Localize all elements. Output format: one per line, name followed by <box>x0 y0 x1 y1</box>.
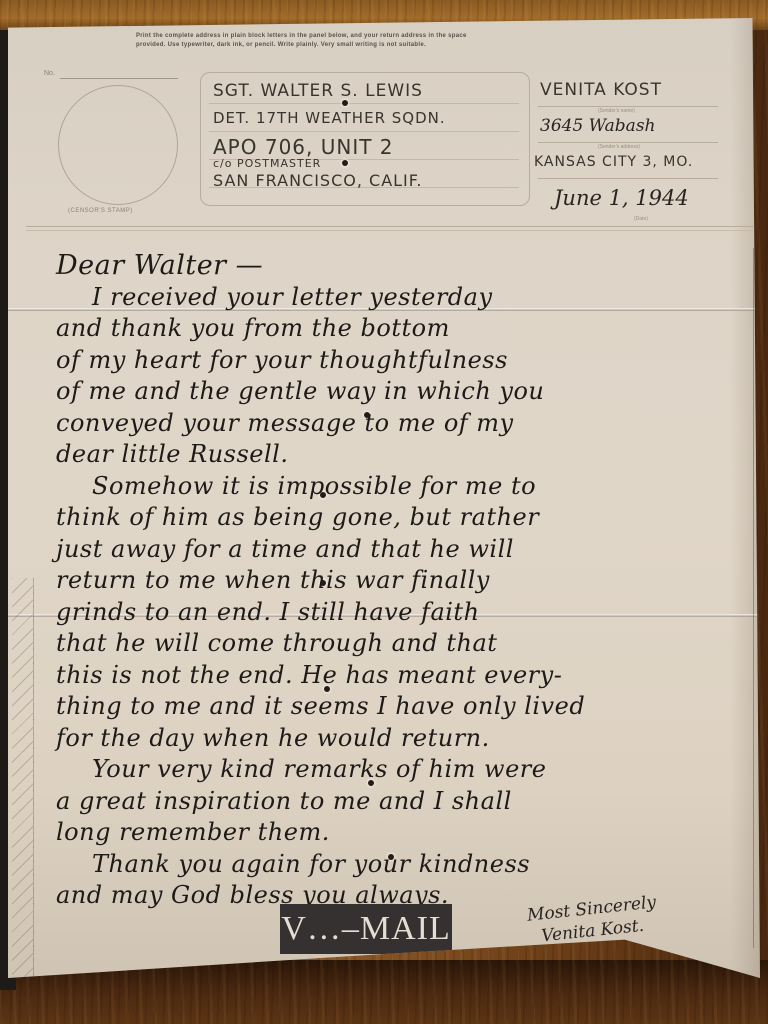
censor-stamp-label: (CENSOR'S STAMP) <box>68 208 133 214</box>
letter-line: of me and the gentle way in which you <box>56 376 756 408</box>
form-instructions: Print the complete address in plain bloc… <box>136 32 696 50</box>
address-rule <box>209 131 519 132</box>
vmail-letter-sheet: Print the complete address in plain bloc… <box>8 18 760 978</box>
recipient-city: SAN FRANCISCO, CALIF. <box>213 171 423 190</box>
letter-body: Dear Walter — I received your letter yes… <box>56 250 756 912</box>
letter-line: just away for a time and that he will <box>56 534 756 566</box>
sender-city: KANSAS CITY 3, MO. <box>534 154 693 170</box>
letter-line: grinds to an end. I still have faith <box>56 597 756 629</box>
recipient-unit: DET. 17TH WEATHER SQDN. <box>213 109 446 127</box>
vmail-logo: V…–MAIL <box>280 904 452 954</box>
punch-hole <box>342 100 348 106</box>
address-rule <box>209 103 519 104</box>
letter-line: long remember them. <box>56 817 756 849</box>
sender-name-caption: (Sender's name) <box>598 108 635 114</box>
letter-line: return to me when this war finally <box>56 565 756 597</box>
letter-line: Your very kind remarks of him were <box>56 754 756 786</box>
sender-address: 3645 Wabash <box>540 116 656 136</box>
letter-line: this is not the end. He has meant every- <box>56 660 756 692</box>
letter-line: for the day when he would return. <box>56 723 756 755</box>
censor-stamp-circle <box>58 85 178 205</box>
letter-line: a great inspiration to me and I shall <box>56 786 756 818</box>
letter-line: dear little Russell. <box>56 439 756 471</box>
sender-city-rule <box>538 178 718 179</box>
recipient-apo: APO 706, UNIT 2 <box>213 135 394 159</box>
salutation: Dear Walter — <box>56 250 756 282</box>
sender-name-rule <box>538 106 718 107</box>
sender-address-caption: (Sender's address) <box>598 144 640 150</box>
letter-line: of my heart for your thoughtfulness <box>56 345 756 377</box>
letter-line: that he will come through and that <box>56 628 756 660</box>
punch-hole <box>342 160 348 166</box>
instructions-line-1: Print the complete address in plain bloc… <box>136 32 696 41</box>
letter-line: Somehow it is impossible for me to <box>56 471 756 503</box>
number-line <box>60 78 178 79</box>
letter-line: conveyed your message to me of my <box>56 408 756 440</box>
letter-line: Thank you again for your kindness <box>56 849 756 881</box>
sender-address-rule <box>538 142 718 143</box>
letter-date: June 1, 1944 <box>554 186 689 210</box>
letter-line: thing to me and it seems I have only liv… <box>56 691 756 723</box>
margin-hatching <box>12 578 34 998</box>
letter-line: think of him as being gone, but rather <box>56 502 756 534</box>
recipient-postmaster: c/o POSTMASTER <box>213 157 321 170</box>
header-divider <box>26 226 756 227</box>
recipient-address-panel: SGT. WALTER S. LEWIS DET. 17TH WEATHER S… <box>200 72 530 206</box>
letter-line: and thank you from the bottom <box>56 313 756 345</box>
date-caption: (Date) <box>634 216 648 222</box>
sender-name: VENITA KOST <box>540 80 662 100</box>
recipient-name: SGT. WALTER S. LEWIS <box>213 81 423 101</box>
header-divider <box>26 230 756 231</box>
instructions-line-2: provided. Use typewriter, dark ink, or p… <box>136 41 696 50</box>
letter-line: I received your letter yesterday <box>56 282 756 314</box>
number-label: No. <box>44 70 55 77</box>
